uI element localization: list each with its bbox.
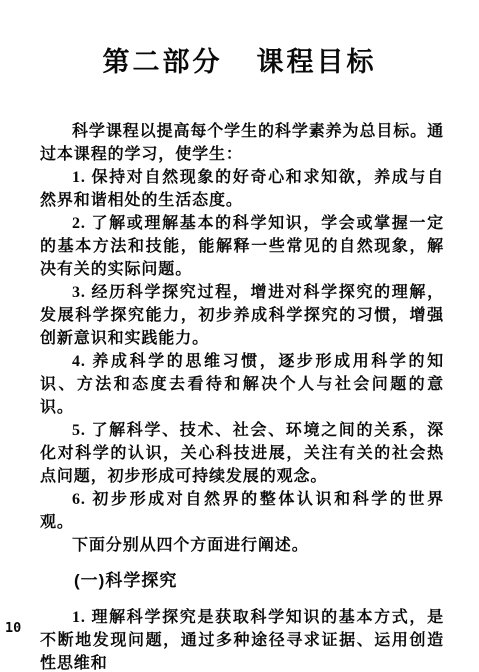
document-page: 第二部分课程目标 科学课程以提高每个学生的科学素养为总目标。通过本课程的学习，使…	[0, 0, 479, 672]
page-title-part2: 课程目标	[257, 47, 377, 77]
objective-paragraph-6: 6. 初步形成对自然界的整体认识和科学的世界观。	[40, 488, 444, 534]
objective-paragraph-1: 1. 保持对自然现象的好奇心和求知欲，养成与自然界和谐相处的生活态度。	[40, 166, 444, 212]
page-number: 10	[5, 620, 21, 636]
page-title-part1: 第二部分	[103, 47, 223, 77]
section-heading: (一)科学探究	[40, 569, 444, 593]
section-paragraph-1: 1. 理解科学探究是获取科学知识的基本方式，是不断地发现问题，通过多种途径寻求证…	[40, 606, 444, 672]
objective-paragraph-4: 4. 养成科学的思维习惯，逐步形成用科学的知识、方法和态度去看待和解决个人与社会…	[40, 350, 444, 419]
page-title: 第二部分课程目标	[0, 46, 479, 78]
objective-paragraph-5: 5. 了解科学、技术、社会、环境之间的关系，深化对科学的认识，关心科技进展，关注…	[40, 419, 444, 488]
objective-paragraph-2: 2. 了解或理解基本的科学知识，学会或掌握一定的基本方法和技能，能解释一些常见的…	[40, 212, 444, 281]
objective-paragraph-3: 3. 经历科学探究过程，增进对科学探究的理解，发展科学探究能力，初步养成科学探究…	[40, 281, 444, 350]
transition-paragraph: 下面分别从四个方面进行阐述。	[40, 534, 444, 557]
document-body: 科学课程以提高每个学生的科学素养为总目标。通过本课程的学习，使学生： 1. 保持…	[40, 120, 444, 672]
intro-paragraph-1: 科学课程以提高每个学生的科学素养为总目标。通过本课程的学习，使学生：	[40, 120, 444, 166]
